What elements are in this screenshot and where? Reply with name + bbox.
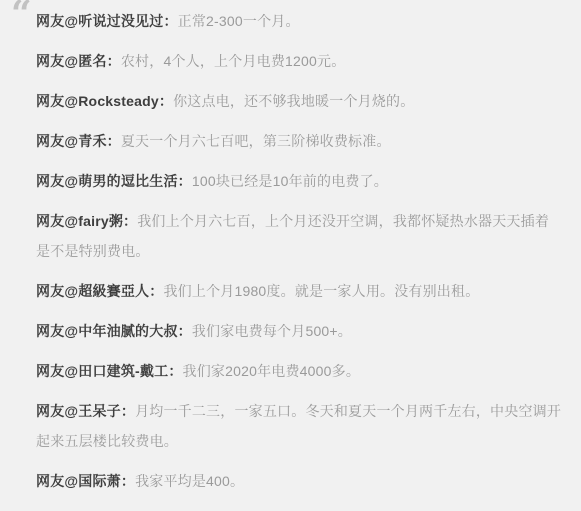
comment-colon: ：	[163, 13, 177, 29]
comment-item: 网友@田口建筑-戴工：我们家2020年电费4000多。	[36, 356, 563, 386]
comment-author: 网友@国际萧	[36, 473, 121, 489]
comment-text: 我家平均是400。	[135, 473, 244, 489]
comment-author: 网友@听说过没见过	[36, 13, 163, 29]
comment-author: 网友@王呆子	[36, 403, 121, 419]
comment-colon: ：	[121, 403, 135, 419]
comment-colon: ：	[149, 283, 163, 299]
comment-author: 网友@超級賽亞人	[36, 283, 149, 299]
comment-colon: ：	[178, 323, 192, 339]
comment-author: 网友@田口建筑-戴工	[36, 363, 168, 379]
comment-author: 网友@Rocksteady	[36, 93, 159, 109]
comment-text: 我们上个月1980度。就是一家人用。没有别出租。	[163, 283, 479, 299]
comment-item: 网友@匿名：农村，4个人，上个月电费1200元。	[36, 46, 563, 76]
comment-item: 网友@青禾：夏天一个月六七百吧，第三阶梯收费标准。	[36, 126, 563, 156]
comment-colon: ：	[178, 173, 192, 189]
comment-colon: ：	[123, 213, 137, 229]
comment-quote-block: “ 网友@听说过没见过：正常2-300一个月。 网友@匿名：农村，4个人，上个月…	[0, 0, 581, 511]
comment-author: 网友@匿名	[36, 53, 107, 69]
comment-author: 网友@青禾	[36, 133, 107, 149]
comment-text: 我们家电费每个月500+。	[192, 323, 352, 339]
comment-item: 网友@fairy粥：我们上个月六七百，上个月还没开空调，我都怀疑热水器天天插着是…	[36, 206, 563, 266]
comment-item: 网友@王呆子：月均一千二三，一家五口。冬天和夏天一个月两千左右，中央空调开起来五…	[36, 396, 563, 456]
comment-text: 你这点电，还不够我地暖一个月烧的。	[173, 93, 414, 109]
comment-list: 网友@听说过没见过：正常2-300一个月。 网友@匿名：农村，4个人，上个月电费…	[36, 6, 563, 496]
comment-text: 100块已经是10年前的电费了。	[192, 173, 388, 189]
comment-item: 网友@中年油腻的大叔：我们家电费每个月500+。	[36, 316, 563, 346]
comment-colon: ：	[168, 363, 182, 379]
comment-author: 网友@萌男的逗比生活	[36, 173, 178, 189]
comment-item: 网友@超級賽亞人：我们上个月1980度。就是一家人用。没有别出租。	[36, 276, 563, 306]
comment-colon: ：	[159, 93, 173, 109]
comment-colon: ：	[121, 473, 135, 489]
comment-item: 网友@国际萧：我家平均是400。	[36, 466, 563, 496]
comment-text: 夏天一个月六七百吧，第三阶梯收费标准。	[121, 133, 391, 149]
comment-text: 正常2-300一个月。	[178, 13, 300, 29]
comment-item: 网友@Rocksteady：你这点电，还不够我地暖一个月烧的。	[36, 86, 563, 116]
comment-item: 网友@听说过没见过：正常2-300一个月。	[36, 6, 563, 36]
comment-author: 网友@fairy粥	[36, 213, 123, 229]
comment-item: 网友@萌男的逗比生活：100块已经是10年前的电费了。	[36, 166, 563, 196]
comment-text: 农村，4个人，上个月电费1200元。	[121, 53, 346, 69]
comment-author: 网友@中年油腻的大叔	[36, 323, 178, 339]
comment-colon: ：	[107, 133, 121, 149]
comment-colon: ：	[107, 53, 121, 69]
open-quote-icon: “	[11, 0, 32, 32]
comment-text: 我们家2020年电费4000多。	[183, 363, 361, 379]
